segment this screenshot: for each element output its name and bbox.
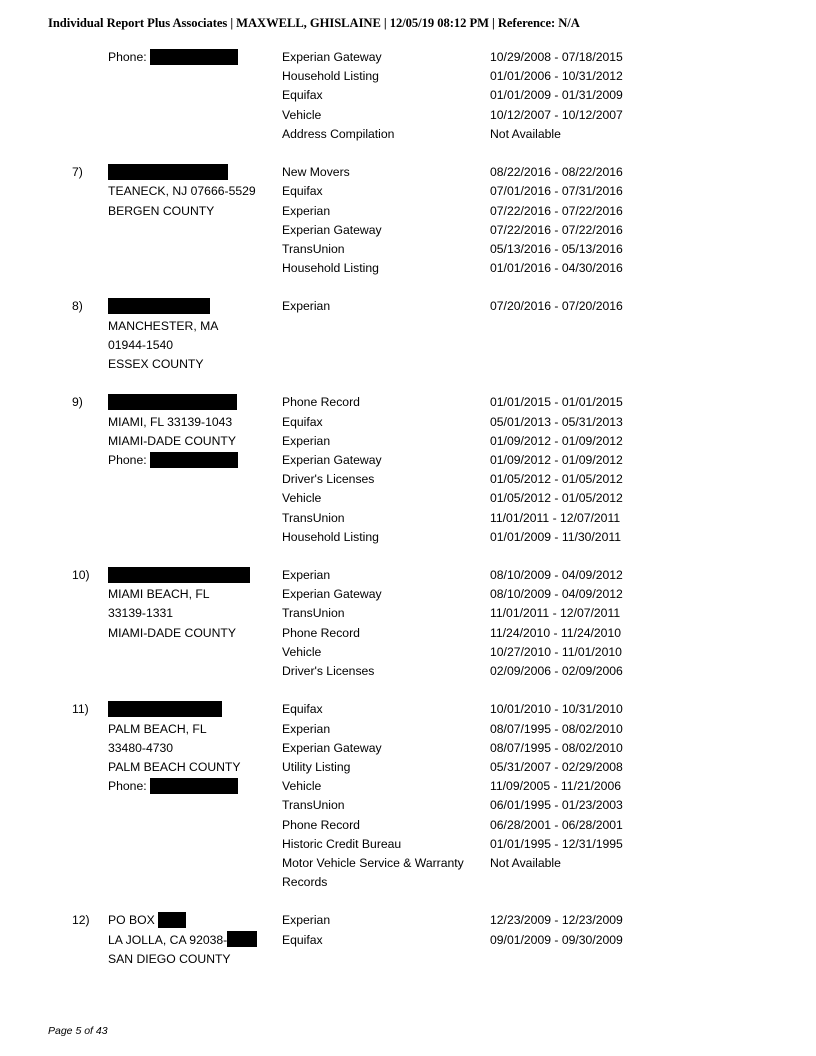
date-range: 01/01/2009 - 01/31/2009 [490,86,623,105]
address-line [108,297,210,316]
date-range: 08/10/2009 - 04/09/2012 [490,566,623,585]
data-source: Historic Credit Bureau [282,835,401,854]
address-record: 11)Equifax10/01/2010 - 10/31/2010PALM BE… [0,700,816,892]
data-source: Experian [282,297,330,316]
record-line: Phone: Experian Gateway10/29/2008 - 07/1… [0,48,816,67]
record-spacer [0,278,816,297]
record-line: Records [0,873,816,892]
data-source: Vehicle [282,106,321,125]
record-line: Vehicle10/12/2007 - 10/12/2007 [0,106,816,125]
record-line: MANCHESTER, MA [0,317,816,336]
data-source: Experian [282,566,330,585]
address-record: 10)Experian08/10/2009 - 04/09/2012MIAMI … [0,566,816,681]
date-range: 01/01/2016 - 04/30/2016 [490,259,623,278]
record-number: 9) [72,393,83,412]
address-text: PALM BEACH COUNTY [108,760,241,774]
record-line: Household Listing01/01/2006 - 10/31/2012 [0,67,816,86]
page-number: Page 5 of 43 [48,1025,108,1037]
data-source: Equifax [282,182,323,201]
record-line: Motor Vehicle Service & WarrantyNot Avai… [0,854,816,873]
date-range: 11/01/2011 - 12/07/2011 [490,509,620,528]
data-source: TransUnion [282,796,345,815]
redaction-block [150,49,238,65]
data-source: Equifax [282,700,323,719]
report-header: Individual Report Plus Associates | MAXW… [48,16,580,31]
address-line [108,700,222,719]
record-line: Vehicle01/05/2012 - 01/05/2012 [0,489,816,508]
record-spacer [0,547,816,566]
data-source: Equifax [282,413,323,432]
address-line [108,163,228,182]
date-range: 11/24/2010 - 11/24/2010 [490,624,621,643]
date-range: 01/01/2006 - 10/31/2012 [490,67,623,86]
address-text: MIAMI-DADE COUNTY [108,626,236,640]
date-range: 08/07/1995 - 08/02/2010 [490,720,623,739]
record-line: 8)Experian07/20/2016 - 07/20/2016 [0,297,816,316]
data-source: TransUnion [282,509,345,528]
data-source: Vehicle [282,489,321,508]
address-line: MANCHESTER, MA [108,317,218,336]
address-line: MIAMI, FL 33139-1043 [108,413,232,432]
address-line: PALM BEACH, FL [108,720,207,739]
address-text: 33480-4730 [108,741,173,755]
record-line: PALM BEACH COUNTYUtility Listing05/31/20… [0,758,816,777]
data-source: Motor Vehicle Service & Warranty [282,854,464,873]
redaction-block [108,164,228,180]
date-range: 11/09/2005 - 11/21/2006 [490,777,621,796]
address-text: ESSEX COUNTY [108,357,204,371]
address-line: PALM BEACH COUNTY [108,758,241,777]
record-line: ESSEX COUNTY [0,355,816,374]
address-line: PO BOX [108,911,186,930]
record-line: 33480-4730Experian Gateway08/07/1995 - 0… [0,739,816,758]
address-text: 33139-1331 [108,606,173,620]
record-line: Historic Credit Bureau01/01/1995 - 12/31… [0,835,816,854]
record-line: 11)Equifax10/01/2010 - 10/31/2010 [0,700,816,719]
address-text: Phone: [108,50,147,64]
address-line: BERGEN COUNTY [108,202,214,221]
address-history-list: Phone: Experian Gateway10/29/2008 - 07/1… [0,48,816,969]
address-line: 01944-1540 [108,336,173,355]
record-line: PALM BEACH, FLExperian08/07/1995 - 08/02… [0,720,816,739]
address-text: Phone: [108,453,147,467]
record-line: Driver's Licenses01/05/2012 - 01/05/2012 [0,470,816,489]
address-line: ESSEX COUNTY [108,355,204,374]
date-range: 01/01/1995 - 12/31/1995 [490,835,623,854]
record-line: TEANECK, NJ 07666-5529Equifax07/01/2016 … [0,182,816,201]
redaction-block [108,701,222,717]
address-line: LA JOLLA, CA 92038- [108,931,257,950]
data-source: Experian Gateway [282,585,382,604]
data-source: Vehicle [282,643,321,662]
data-source: Phone Record [282,816,360,835]
record-spacer [0,144,816,163]
address-line: Phone: [108,451,238,470]
data-source: Experian Gateway [282,221,382,240]
data-source: TransUnion [282,240,345,259]
record-line: 9)Phone Record01/01/2015 - 01/01/2015 [0,393,816,412]
record-number: 11) [72,700,89,719]
record-line: 01944-1540 [0,336,816,355]
data-source: Experian [282,202,330,221]
address-line: Phone: [108,48,238,67]
data-source: Driver's Licenses [282,662,374,681]
address-line: 33139-1331 [108,604,173,623]
address-line [108,566,250,585]
address-text: SAN DIEGO COUNTY [108,952,231,966]
date-range: 07/20/2016 - 07/20/2016 [490,297,623,316]
address-line: MIAMI-DADE COUNTY [108,624,236,643]
record-line: Vehicle10/27/2010 - 11/01/2010 [0,643,816,662]
date-range: 01/05/2012 - 01/05/2012 [490,489,623,508]
record-number: 8) [72,297,83,316]
data-source: Phone Record [282,393,360,412]
date-range: 08/07/1995 - 08/02/2010 [490,739,623,758]
record-line: 12)PO BOX Experian12/23/2009 - 12/23/200… [0,911,816,930]
data-source: Experian Gateway [282,451,382,470]
date-range: 06/01/1995 - 01/23/2003 [490,796,623,815]
date-range: 02/09/2006 - 02/09/2006 [490,662,623,681]
record-line: Phone: Vehicle11/09/2005 - 11/21/2006 [0,777,816,796]
record-line: MIAMI-DADE COUNTYPhone Record11/24/2010 … [0,624,816,643]
record-line: LA JOLLA, CA 92038-Equifax09/01/2009 - 0… [0,931,816,950]
record-line: SAN DIEGO COUNTY [0,950,816,969]
address-text: LA JOLLA, CA 92038- [108,933,227,947]
data-source: Utility Listing [282,758,350,777]
address-text: PALM BEACH, FL [108,722,207,736]
record-spacer [0,681,816,700]
date-range: 09/01/2009 - 09/30/2009 [490,931,623,950]
record-line: MIAMI-DADE COUNTYExperian01/09/2012 - 01… [0,432,816,451]
data-source: Experian Gateway [282,739,382,758]
data-source: Address Compilation [282,125,394,144]
address-text: MIAMI BEACH, FL [108,587,210,601]
record-line: BERGEN COUNTYExperian07/22/2016 - 07/22/… [0,202,816,221]
record-spacer [0,892,816,911]
address-text: TEANECK, NJ 07666-5529 [108,184,256,198]
date-range: 07/22/2016 - 07/22/2016 [490,202,623,221]
data-source: Experian [282,911,330,930]
redaction-block [108,394,237,410]
redaction-block [150,778,238,794]
record-line: MIAMI, FL 33139-1043Equifax05/01/2013 - … [0,413,816,432]
address-text: MIAMI-DADE COUNTY [108,434,236,448]
address-line: TEANECK, NJ 07666-5529 [108,182,256,201]
address-text: 01944-1540 [108,338,173,352]
date-range: 12/23/2009 - 12/23/2009 [490,911,623,930]
record-line: 33139-1331TransUnion11/01/2011 - 12/07/2… [0,604,816,623]
address-record: 9)Phone Record01/01/2015 - 01/01/2015MIA… [0,393,816,547]
data-source: Household Listing [282,259,379,278]
data-source: New Movers [282,163,350,182]
date-range: 05/13/2016 - 05/13/2016 [490,240,623,259]
date-range: 01/09/2012 - 01/09/2012 [490,451,623,470]
date-range: 01/05/2012 - 01/05/2012 [490,470,623,489]
address-text: Phone: [108,779,147,793]
redaction-block [108,298,210,314]
record-line: Phone Record06/28/2001 - 06/28/2001 [0,816,816,835]
record-line: 7)New Movers08/22/2016 - 08/22/2016 [0,163,816,182]
date-range: 05/01/2013 - 05/31/2013 [490,413,623,432]
record-line: 10)Experian08/10/2009 - 04/09/2012 [0,566,816,585]
redaction-block [108,567,250,583]
address-record: 8)Experian07/20/2016 - 07/20/2016MANCHES… [0,297,816,374]
date-range: 10/27/2010 - 11/01/2010 [490,643,622,662]
data-source: Driver's Licenses [282,470,374,489]
data-source: Household Listing [282,67,379,86]
address-record: 7)New Movers08/22/2016 - 08/22/2016TEANE… [0,163,816,278]
record-line: Experian Gateway07/22/2016 - 07/22/2016 [0,221,816,240]
date-range: 10/12/2007 - 10/12/2007 [490,106,623,125]
address-text: PO BOX [108,913,155,927]
address-line: 33480-4730 [108,739,173,758]
record-line: Household Listing01/01/2016 - 04/30/2016 [0,259,816,278]
date-range: 01/01/2009 - 11/30/2011 [490,528,621,547]
redaction-block [227,931,257,947]
date-range: 10/01/2010 - 10/31/2010 [490,700,623,719]
address-text: MANCHESTER, MA [108,319,218,333]
data-source: Records [282,873,327,892]
record-line: TransUnion11/01/2011 - 12/07/2011 [0,509,816,528]
data-source: TransUnion [282,604,345,623]
date-range: 08/22/2016 - 08/22/2016 [490,163,623,182]
record-line: Household Listing01/01/2009 - 11/30/2011 [0,528,816,547]
date-range: 06/28/2001 - 06/28/2001 [490,816,623,835]
data-source: Experian [282,432,330,451]
address-line: MIAMI BEACH, FL [108,585,210,604]
date-range: 11/01/2011 - 12/07/2011 [490,604,620,623]
date-range: 01/09/2012 - 01/09/2012 [490,432,623,451]
record-line: MIAMI BEACH, FLExperian Gateway08/10/200… [0,585,816,604]
address-line [108,393,237,412]
record-line: TransUnion06/01/1995 - 01/23/2003 [0,796,816,815]
address-line: Phone: [108,777,238,796]
redaction-block [150,452,238,468]
data-source: Vehicle [282,777,321,796]
data-source: Experian [282,720,330,739]
address-record: 12)PO BOX Experian12/23/2009 - 12/23/200… [0,911,816,969]
date-range: 10/29/2008 - 07/18/2015 [490,48,623,67]
date-range: 01/01/2015 - 01/01/2015 [490,393,623,412]
record-number: 12) [72,911,90,930]
date-range: 07/22/2016 - 07/22/2016 [490,221,623,240]
date-range: Not Available [490,854,561,873]
address-text: MIAMI, FL 33139-1043 [108,415,232,429]
date-range: Not Available [490,125,561,144]
data-source: Experian Gateway [282,48,382,67]
data-source: Equifax [282,931,323,950]
address-line: SAN DIEGO COUNTY [108,950,231,969]
address-text: BERGEN COUNTY [108,204,214,218]
date-range: 07/01/2016 - 07/31/2016 [490,182,623,201]
record-line: Equifax01/01/2009 - 01/31/2009 [0,86,816,105]
record-number: 10) [72,566,90,585]
record-line: Address CompilationNot Available [0,125,816,144]
record-number: 7) [72,163,83,182]
record-line: TransUnion05/13/2016 - 05/13/2016 [0,240,816,259]
address-record: Phone: Experian Gateway10/29/2008 - 07/1… [0,48,816,144]
date-range: 05/31/2007 - 02/29/2008 [490,758,623,777]
date-range: 08/10/2009 - 04/09/2012 [490,585,623,604]
redaction-block [158,912,186,928]
address-line: MIAMI-DADE COUNTY [108,432,236,451]
record-line: Phone: Experian Gateway01/09/2012 - 01/0… [0,451,816,470]
data-source: Phone Record [282,624,360,643]
record-spacer [0,374,816,393]
data-source: Equifax [282,86,323,105]
record-line: Driver's Licenses02/09/2006 - 02/09/2006 [0,662,816,681]
data-source: Household Listing [282,528,379,547]
